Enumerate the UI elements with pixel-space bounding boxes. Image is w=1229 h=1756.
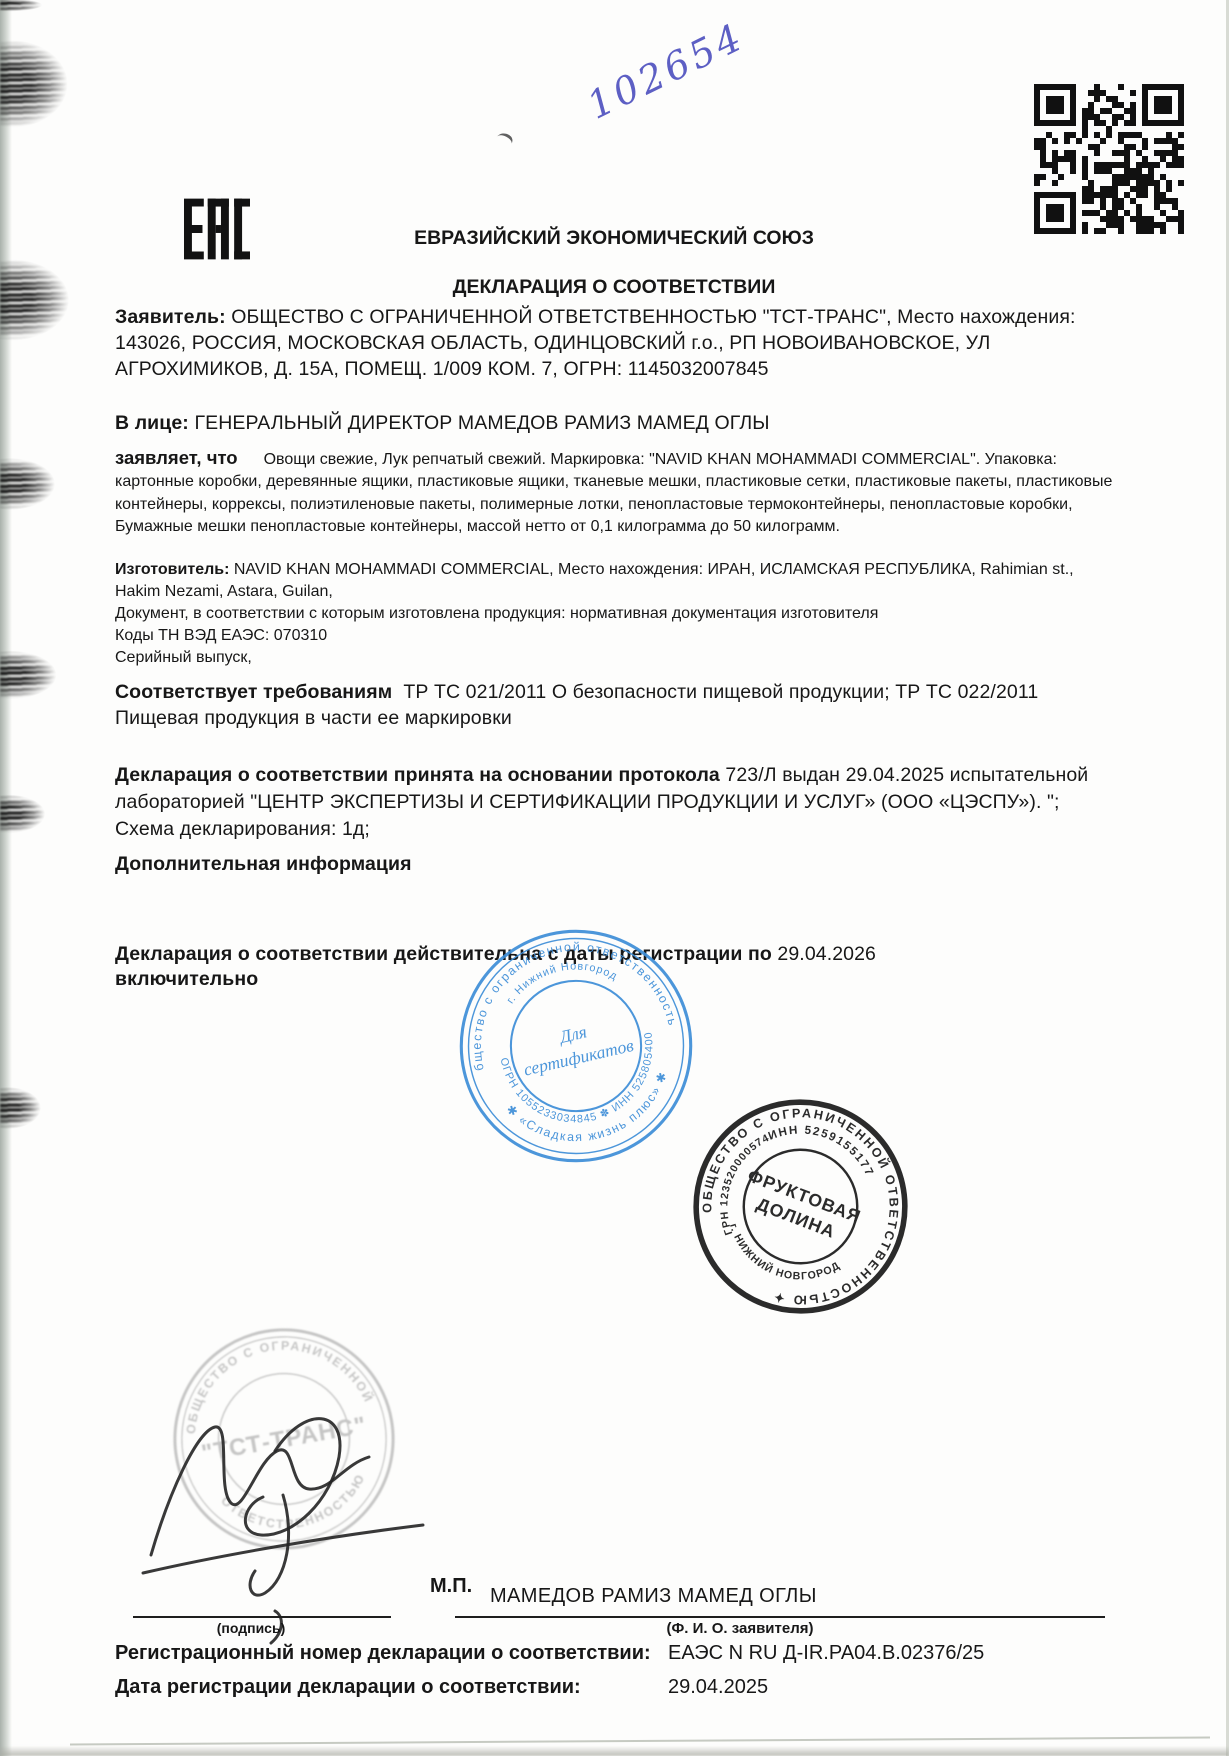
normative-document-line: Документ, в соответствии с которым изгот… — [115, 603, 1115, 625]
blue-stamp-texts: Общество с ограниченной ответственностью… — [427, 897, 701, 1171]
complies-label: Соответствует требованиям — [115, 681, 392, 703]
applicant-label: Заявитель: — [115, 306, 226, 328]
scan-smudge — [0, 0, 60, 13]
in-person-text: ГЕНЕРАЛЬНЫЙ ДИРЕКТОР МАМЕДОВ РАМИЗ МАМЕД… — [194, 412, 769, 434]
in-person-label: В лице: — [115, 412, 189, 434]
union-title: ЕВРАЗИЙСКИЙ ЭКОНОМИЧЕСКИЙ СОЮЗ — [114, 227, 1114, 250]
serial-release-line: Серийный выпуск, — [115, 647, 1115, 669]
scan-speck — [493, 130, 515, 151]
signature — [125, 1365, 455, 1655]
declares-label: заявляет, что — [115, 447, 238, 468]
declares-paragraph: заявляет, чтоОвощи свежие, Лук репчатый … — [115, 447, 1115, 539]
applicant-paragraph: Заявитель: ОБЩЕСТВО С ОГРАНИЧЕННОЙ ОТВЕТ… — [115, 304, 1115, 382]
basis-label: Декларация о соответствии принята на осн… — [115, 764, 720, 786]
in-person-paragraph: В лице: ГЕНЕРАЛЬНЫЙ ДИРЕКТОР МАМЕДОВ РАМ… — [115, 410, 1115, 436]
manufacturer-text: NAVID KHAN MOHAMMADI COMMERCIAL, Место н… — [115, 561, 1074, 600]
blue-stamp-ring-top: Общество с ограниченной ответственностью — [427, 897, 680, 1078]
registration-number-value: ЕАЭС N RU Д-IR.РА04.В.02376/25 — [668, 1642, 984, 1665]
handwritten-number: 102654 — [580, 14, 751, 128]
declares-text: Овощи свежие, Лук репчатый свежий. Марки… — [115, 451, 1112, 535]
tn-ved-line: Коды ТН ВЭД ЕАЭС: 070310 — [115, 625, 1115, 647]
registration-date-label: Дата регистрации декларации о соответств… — [115, 1676, 581, 1699]
applicant-name: МАМЕДОВ РАМИЗ МАМЕД ОГЛЫ — [490, 1585, 817, 1608]
signature-underline — [133, 1616, 391, 1618]
scan-smudge — [0, 1082, 58, 1134]
name-underline — [455, 1616, 1105, 1618]
scan-smudge — [0, 30, 96, 138]
scan-edge-bottom — [0, 1746, 1229, 1756]
scan-smudge — [0, 452, 78, 516]
registration-number-label: Регистрационный номер декларации о соотв… — [115, 1642, 651, 1665]
stamp-here-label: М.П. — [430, 1575, 472, 1598]
scan-smudge — [0, 250, 98, 350]
additional-info-heading: Дополнительная информация — [115, 851, 1115, 877]
blue-stamp-center-line1: Для — [556, 1021, 589, 1047]
signature-caption: (подпись) — [196, 1620, 306, 1636]
manufacturer-paragraph: Изготовитель: NAVID KHAN MOHAMMADI COMME… — [115, 559, 1115, 604]
scan-smudge — [0, 645, 80, 705]
scan-smudge — [0, 790, 64, 838]
svg-text:Общество с ограниченной ответс: Общество с ограниченной ответственностью — [427, 897, 680, 1078]
scan-hairline — [70, 1737, 1210, 1745]
name-caption: (Ф. И. О. заявителя) — [560, 1620, 920, 1637]
basis-paragraph: Декларация о соответствии принята на осн… — [115, 762, 1115, 843]
validity-suffix: включительно — [115, 968, 258, 990]
qr-code — [1034, 84, 1184, 234]
document-title: ДЕКЛАРАЦИЯ О СООТВЕТСТВИИ — [114, 276, 1114, 299]
complies-paragraph: Соответствует требованиям ТР ТС 021/2011… — [115, 679, 1115, 731]
applicant-text: ОБЩЕСТВО С ОГРАНИЧЕННОЙ ОТВЕТСТВЕННОСТЬЮ… — [115, 306, 1076, 380]
declaration-document: 102654 ЕВРАЗИЙСКИЙ ЭКОНОМИЧЕСКИЙ СОЮЗ ДЕ… — [0, 0, 1229, 1756]
validity-date: 29.04.2026 — [777, 943, 876, 965]
manufacturer-label: Изготовитель: — [115, 561, 229, 578]
registration-date-value: 29.04.2025 — [668, 1676, 768, 1699]
